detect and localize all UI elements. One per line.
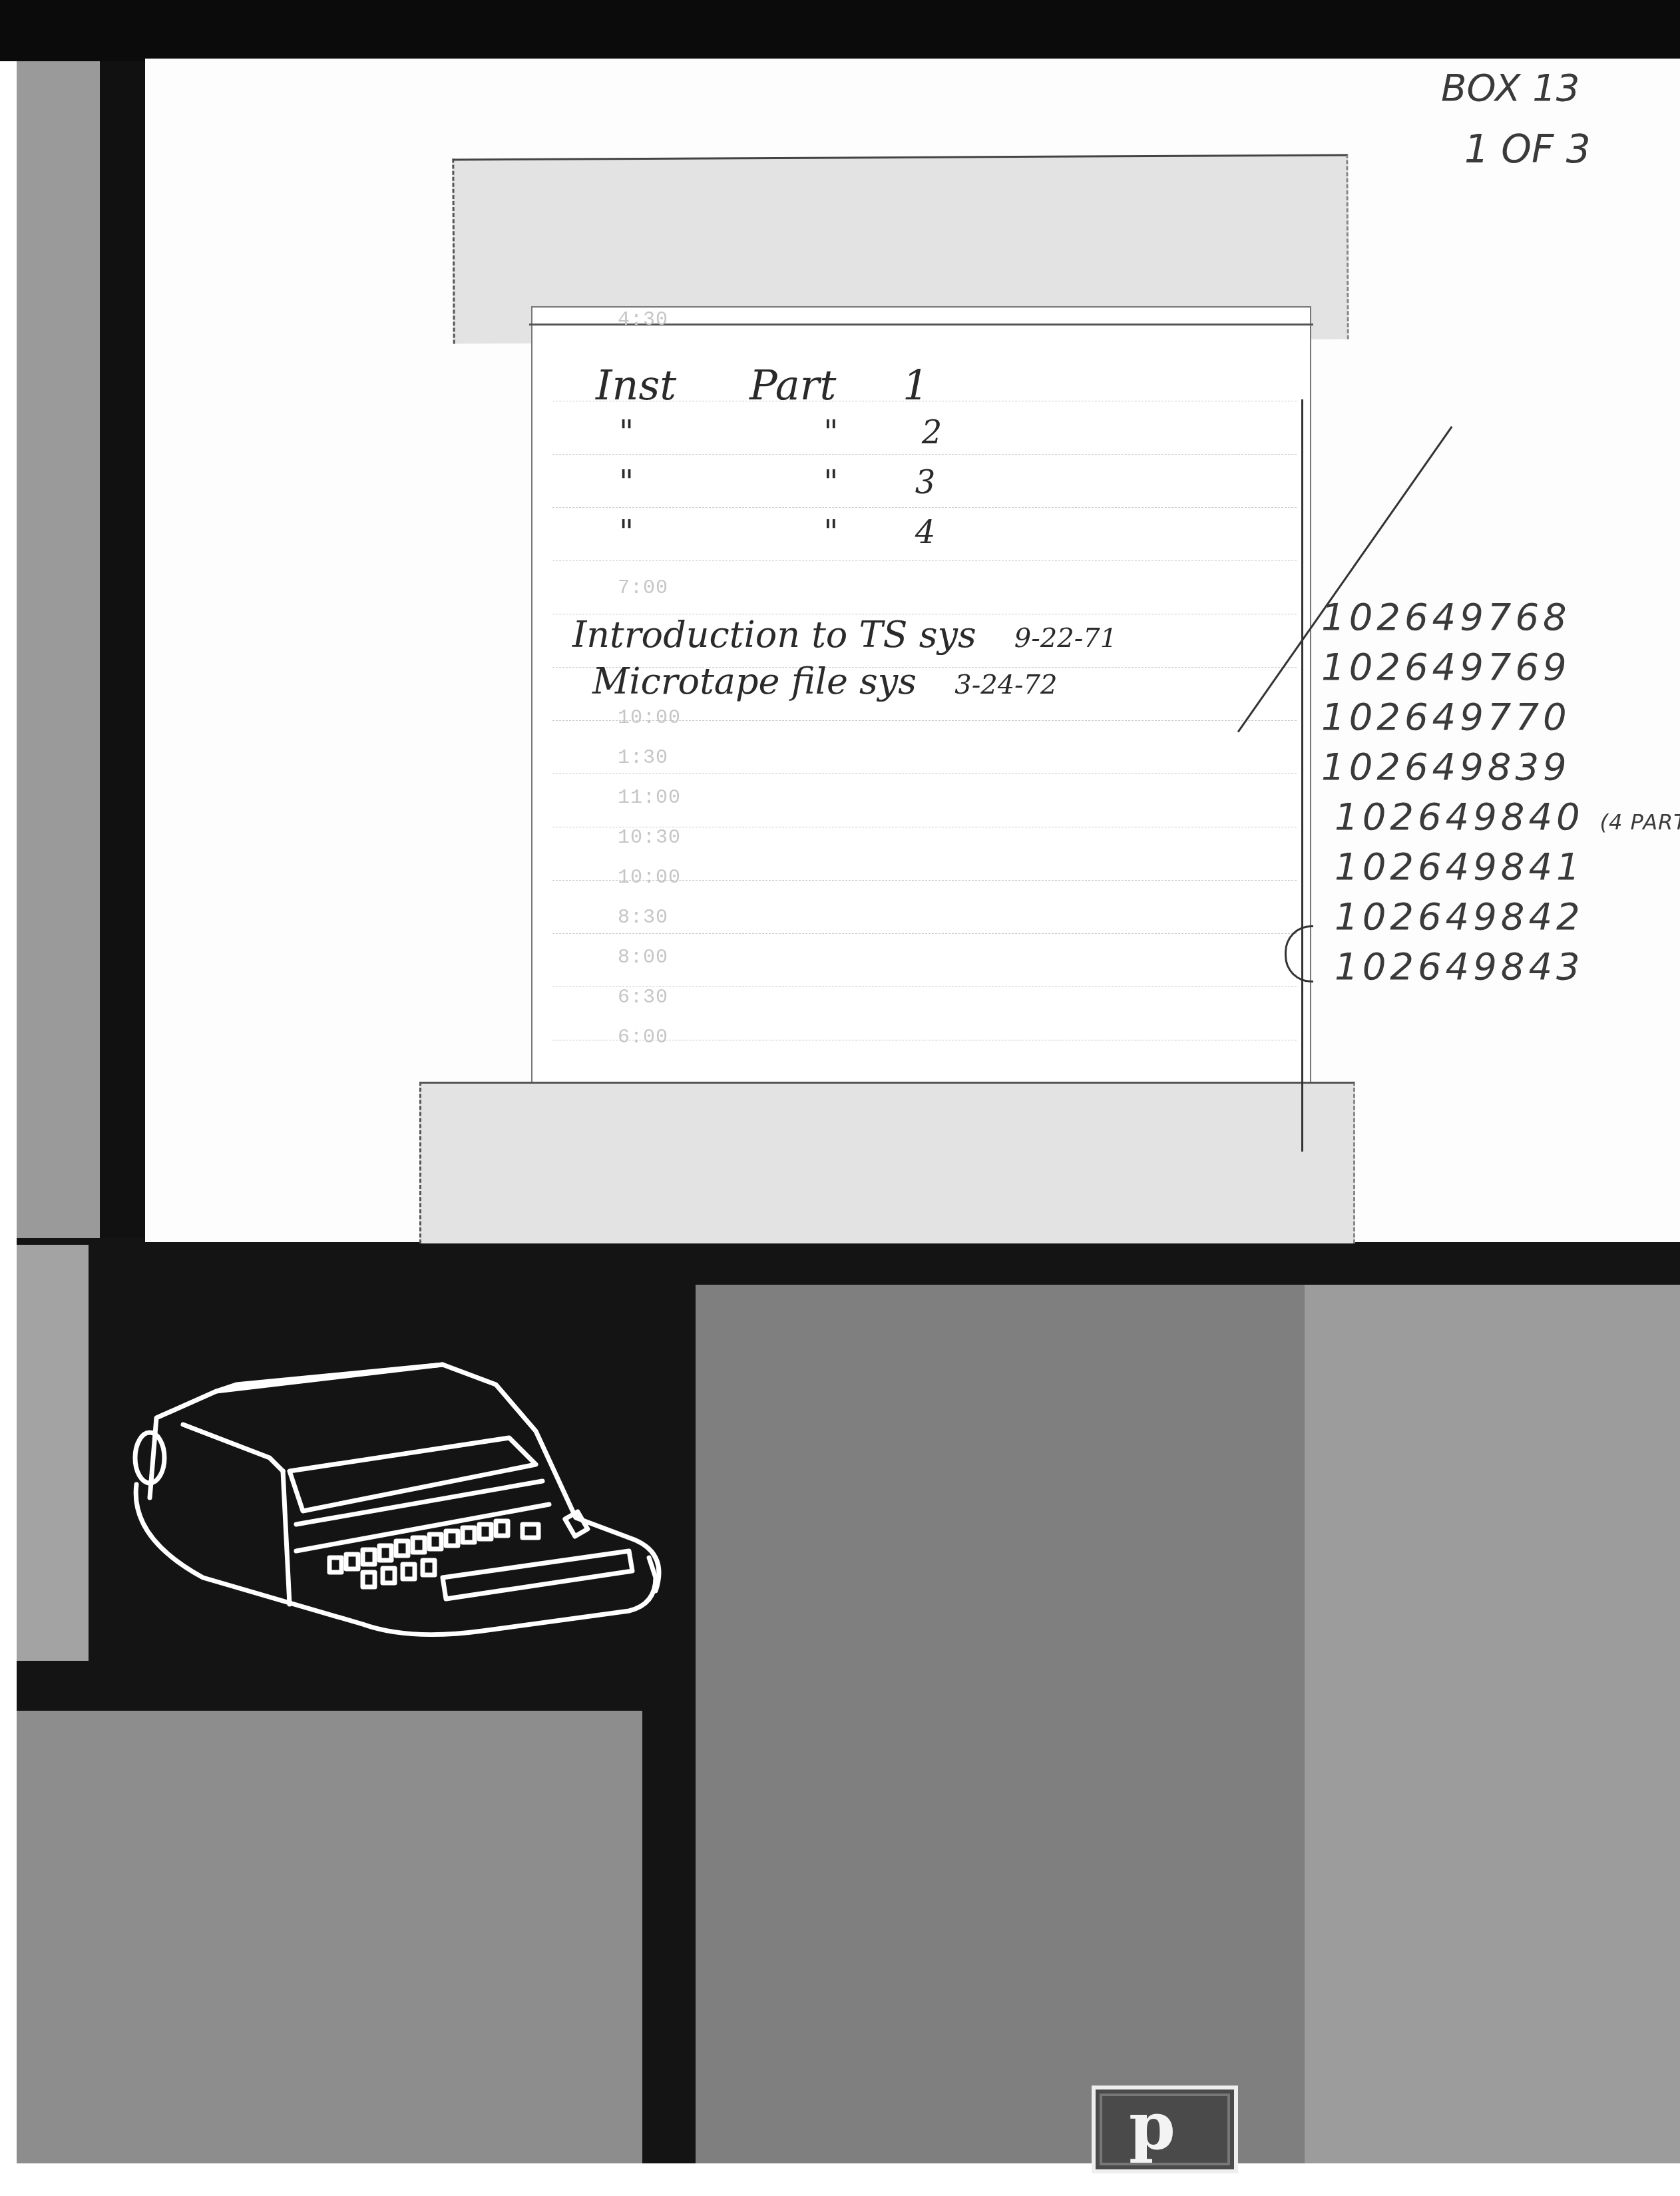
document-number: 102649768 bbox=[1321, 596, 1680, 639]
entry-title: " bbox=[619, 464, 634, 501]
entry-row: " " 3 bbox=[619, 464, 935, 501]
entry-ditto: " bbox=[823, 514, 838, 551]
time-label: 8:30 bbox=[618, 907, 668, 929]
document-number-list: 102649768 102649769 102649770 102649839 … bbox=[1321, 596, 1680, 995]
top-dark-band bbox=[0, 0, 1680, 61]
note-text: Microtape file sys bbox=[592, 660, 917, 702]
entry-part: 2 bbox=[922, 414, 943, 451]
time-label: 6:30 bbox=[618, 987, 668, 1009]
pen-vertical-line bbox=[1301, 399, 1303, 599]
typewriter-icon bbox=[110, 1338, 682, 1644]
document-number: 102649769 bbox=[1321, 646, 1680, 689]
time-label: 6:00 bbox=[618, 1026, 668, 1049]
time-label: 10:30 bbox=[618, 827, 681, 849]
time-label: 8:00 bbox=[618, 947, 668, 969]
entry-ditto: " bbox=[823, 464, 838, 501]
document-number-value: 102649840 bbox=[1335, 795, 1584, 839]
bottom-left-grey-panel bbox=[17, 1711, 642, 2163]
entry-part: 3 bbox=[915, 464, 936, 501]
time-label: 1:30 bbox=[618, 747, 668, 769]
entry-row: " " 4 bbox=[619, 514, 935, 551]
entry-title: " bbox=[619, 514, 634, 551]
entry-title: " bbox=[619, 414, 634, 451]
bracket-line bbox=[1301, 586, 1303, 1152]
document-number: 102649842 bbox=[1335, 895, 1680, 939]
entry-part: 4 bbox=[915, 514, 936, 551]
entry-ditto: " bbox=[823, 414, 838, 451]
tape-strip-bottom bbox=[419, 1082, 1355, 1243]
left-grey-panel-lower bbox=[17, 1245, 89, 1661]
time-label: 4:30 bbox=[618, 309, 668, 331]
right-grey-panel-light bbox=[1305, 1285, 1680, 2163]
bottom-margin bbox=[0, 2163, 1680, 2196]
time-label: 10:00 bbox=[618, 707, 681, 730]
time-label: 11:00 bbox=[618, 787, 681, 809]
publisher-glyph: p bbox=[1129, 2092, 1175, 2159]
entry-row: Inst Part 1 bbox=[596, 361, 929, 409]
note-date: 3-24-72 bbox=[954, 670, 1057, 700]
time-label: 7:00 bbox=[618, 577, 668, 600]
entry-part: 1 bbox=[903, 361, 929, 409]
box-sequence: 1 OF 3 bbox=[1464, 126, 1591, 172]
note-row: Introduction to TS sys 9-22-71 bbox=[572, 614, 1117, 656]
entry-title: Inst bbox=[596, 361, 676, 409]
note-row: Microtape file sys 3-24-72 bbox=[592, 660, 1058, 702]
document-number: 102649841 bbox=[1335, 845, 1680, 889]
publisher-logo: p bbox=[1092, 2086, 1238, 2173]
index-card: 4:30 7:00 10:00 1:30 11:00 10:30 10:00 8… bbox=[531, 306, 1311, 1098]
document-number: 102649839 bbox=[1321, 746, 1680, 789]
entry-row: " " 2 bbox=[619, 414, 942, 451]
document-number: 102649843 bbox=[1335, 945, 1680, 988]
time-label: 10:00 bbox=[618, 867, 681, 889]
note-date: 9-22-71 bbox=[1014, 623, 1117, 654]
box-label: BOX 13 bbox=[1441, 67, 1579, 110]
document-number-note: (4 PARTS) bbox=[1599, 809, 1680, 835]
document-number: 102649840 (4 PARTS) bbox=[1335, 795, 1680, 839]
note-text: Introduction to TS sys bbox=[572, 614, 976, 656]
entry-ditto: Part bbox=[749, 361, 836, 409]
document-number: 102649770 bbox=[1321, 696, 1680, 739]
